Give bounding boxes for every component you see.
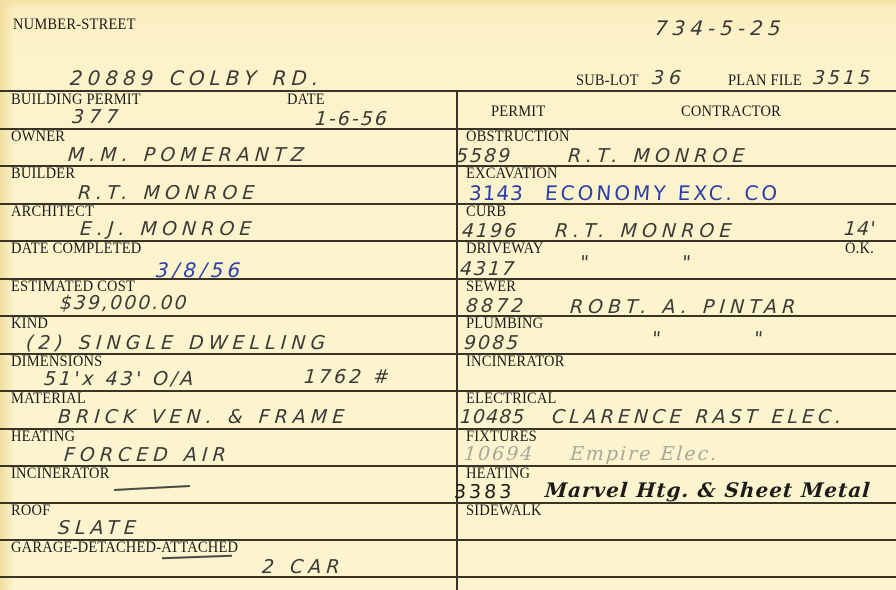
garage-label: GARAGE-DETACHED-ATTACHED [11,539,238,557]
plan-file-value: 3515 [812,67,874,89]
owner-label: OWNER [11,128,65,146]
plumbing-permit: 9085 [463,332,521,354]
electrical-contractor: CLARENCE RAST ELEC. [551,406,846,428]
builder-label: BUILDER [11,165,75,183]
driveway-note: O.K. [845,240,874,258]
sewer-label: SEWER [466,278,516,296]
builder-value: R.T. MONROE [77,182,260,204]
fixtures-contractor: Empire Elec. [569,443,719,465]
heating-contractor: Marvel Htg. & Sheet Metal [544,478,872,502]
sub-lot-label: SUB-LOT [576,72,639,90]
permit-card: NUMBER-STREET 734-5-25 20889 COLBY RD. S… [0,0,896,590]
excavation-permit: 3143 [468,181,525,205]
curb-contractor: R.T. MONROE [554,220,737,242]
building-permit-value: 377 [71,106,124,128]
incinerator-label: INCINERATOR [11,465,110,483]
electrical-permit: 10485 [459,406,526,428]
file-number: 734-5-25 [654,16,786,40]
incinerator-dash [114,485,190,491]
sub-lot-value: 36 [651,67,687,89]
dimensions-value: 51'x 43' O/A [43,368,197,390]
obstruction-label: OBSTRUCTION [466,128,570,146]
contractor-header: CONTRACTOR [681,103,781,121]
excavation-contractor: ECONOMY EXC. CO [544,181,781,205]
driveway-label: DRIVEWAY [466,240,544,258]
divider [456,278,896,280]
plumbing-contractor: " " [651,328,768,350]
sewer-contractor: ROBT. A. PINTAR [569,296,801,318]
divider [456,576,896,578]
divider [0,576,456,578]
curb-label: CURB [466,203,506,221]
sidewalk-label: SIDEWALK [466,502,542,520]
plan-file-label: PLAN FILE [728,72,802,90]
heating-value: FORCED AIR [63,444,231,466]
estimated-cost-value: $39,000.00 [59,292,189,314]
permit-header: PERMIT [491,103,545,121]
kind-label: KIND [11,315,48,333]
date-value: 1-6-56 [314,108,390,130]
divider [0,315,456,317]
architect-value: E.J. MONROE [79,218,257,240]
obstruction-contractor: R.T. MONROE [567,145,750,167]
number-street-label: NUMBER-STREET [13,16,136,34]
obstruction-permit: 5589 [455,145,513,167]
curb-permit: 4196 [461,220,519,242]
date-completed-value: 3/8/56 [155,258,245,282]
garage-value: 2 CAR [261,556,345,578]
sewer-permit: 8872 [465,295,527,317]
driveway-permit: 4317 [459,258,517,280]
fixtures-permit: 10694 [463,443,535,465]
kind-value: (2) SINGLE DWELLING [25,332,331,354]
heating-permit: 3383 [453,481,515,503]
dimensions-area-value: 1762 # [303,366,393,388]
roof-label: ROOF [11,502,50,520]
driveway-contractor: " " [579,252,696,274]
number-street-value: 20889 COLBY RD. [69,66,324,90]
roof-value: SLATE [57,517,141,539]
date-completed-label: DATE COMPLETED [11,240,141,258]
plumbing-label: PLUMBING [466,315,543,333]
date-label: DATE [287,91,325,109]
divider [0,502,456,504]
incinerator-permit-label: INCINERATOR [466,353,565,371]
owner-value: M.M. POMERANTZ [67,144,309,166]
material-value: BRICK VEN. & FRAME [57,406,350,428]
divider [456,539,896,541]
curb-note: 14' [843,218,877,240]
